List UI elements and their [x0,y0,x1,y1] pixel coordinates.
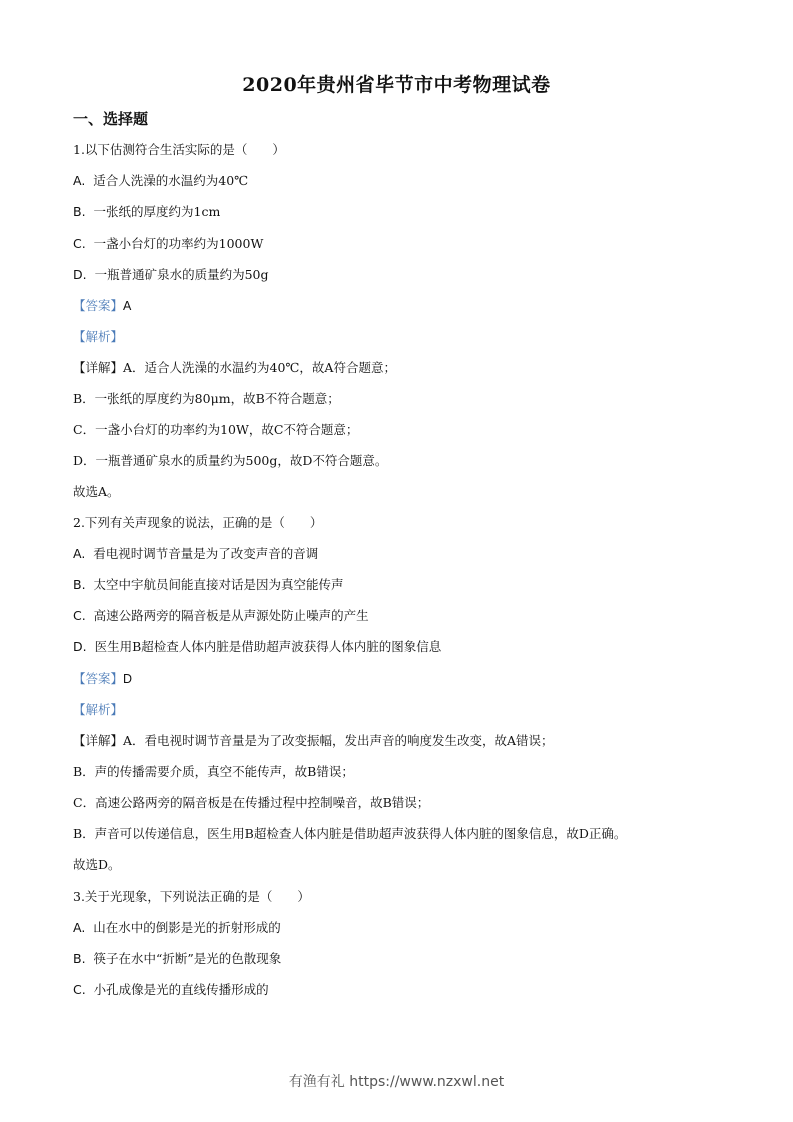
question-2-detail-1: 【详解】A．看电视时调节音量是为了改变振幅，发出声音的响度发生改变，故A错误； [73,733,554,749]
question-3-stem: 3.关于光现象，下列说法正确的是（ ） [73,889,310,905]
page-title: 2020年贵州省毕节市中考物理试卷 [0,70,793,97]
question-1-detail-4: D．一瓶普通矿泉水的质量约为500g，故D不符合题意。 [73,453,387,469]
question-1-option-a: A. 适合人洗澡的水温约为40℃ [73,173,248,189]
question-1-option-d: D. 一瓶普通矿泉水的质量约为50g [73,267,268,283]
question-1-analysis-label: 【解析】 [73,329,123,345]
question-1-answer: 【答案】A [73,298,131,314]
question-2-option-c: C. 高速公路两旁的隔音板是从声源处防止噪声的产生 [73,608,369,624]
answer-label: 【答案】 [73,298,123,313]
question-1-detail-3: C．一盏小台灯的功率约为10W，故C不符合题意； [73,422,358,438]
question-1-conclusion: 故选A。 [73,484,120,500]
question-2-answer: 【答案】D [73,671,132,687]
question-2-option-a: A. 看电视时调节音量是为了改变声音的音调 [73,546,318,562]
answer-label: 【答案】 [73,671,123,686]
question-2-stem: 2.下列有关声现象的说法，正确的是（ ） [73,515,322,531]
question-3-option-b: B. 筷子在水中“折断”是光的色散现象 [73,951,281,967]
section-heading: 一、选择题 [73,108,148,129]
question-1-stem: 1.以下估测符合生活实际的是（ ） [73,142,285,158]
question-2-option-b: B. 太空中宇航员间能直接对话是因为真空能传声 [73,577,344,593]
question-1-detail-1: 【详解】A．适合人洗澡的水温约为40℃，故A符合题意； [73,360,396,376]
question-2-detail-2: B．声的传播需要介质，真空不能传声，故B错误； [73,764,354,780]
question-2-analysis-label: 【解析】 [73,702,123,718]
question-3-option-c: C. 小孔成像是光的直线传播形成的 [73,982,269,998]
footer-watermark: 有渔有礼 https://www.nzxwl.net [0,1071,793,1091]
question-1-option-b: B. 一张纸的厚度约为1cm [73,204,220,220]
question-1-detail-2: B．一张纸的厚度约为80μm，故B不符合题意； [73,391,340,407]
question-1-option-c: C. 一盏小台灯的功率约为1000W [73,236,263,252]
question-2-option-d: D. 医生用B超检查人体内脏是借助超声波获得人体内脏的图象信息 [73,639,441,655]
question-2-conclusion: 故选D。 [73,857,121,873]
question-2-detail-3: C．高速公路两旁的隔音板是在传播过程中控制噪音，故B错误； [73,795,429,811]
question-3-option-a: A. 山在水中的倒影是光的折射形成的 [73,920,281,936]
question-2-detail-4: B．声音可以传递信息，医生用B超检查人体内脏是借助超声波获得人体内脏的图象信息，… [73,826,626,842]
